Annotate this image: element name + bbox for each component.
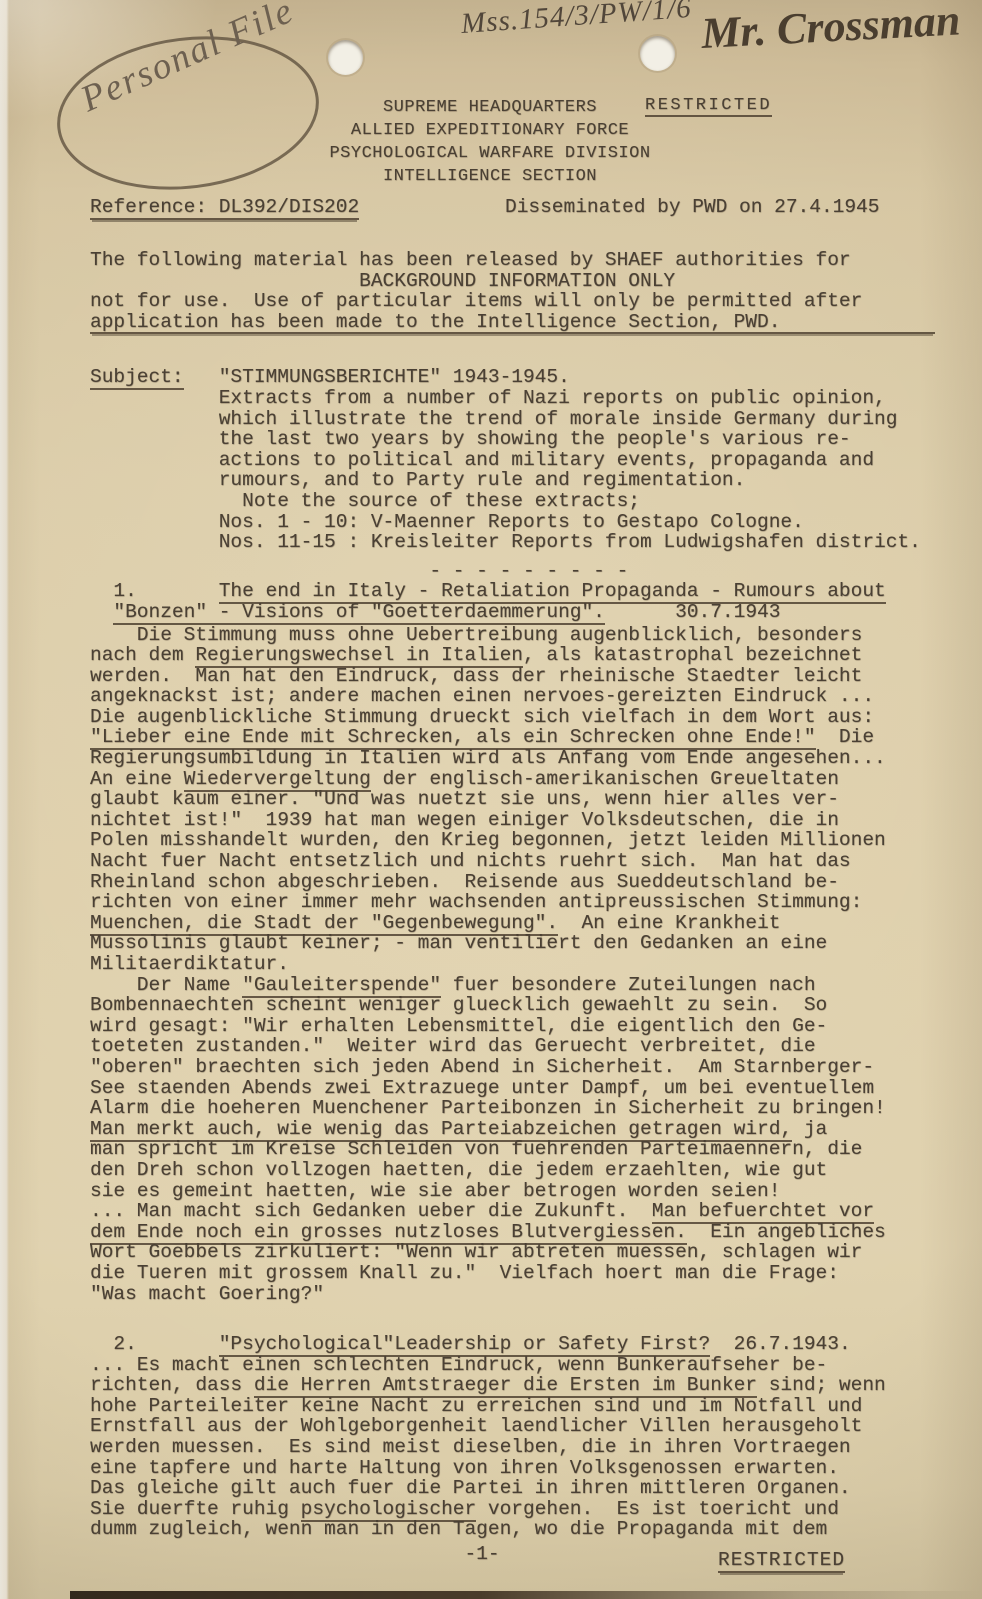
document-line: Nacht fuer Nacht entsetzlich und nichts … — [90, 851, 935, 872]
org-header-line: PSYCHOLOGICAL WARFARE DIVISION — [300, 142, 680, 165]
document-line: See staenden Abends zwei Extrazuege unte… — [90, 1078, 935, 1099]
document-line: Extracts from a number of Nazi reports o… — [90, 388, 935, 409]
document-line: Militaerdiktatur. — [90, 954, 935, 975]
page-bottom-shadow — [70, 1591, 982, 1599]
document-line: richten, dass die Herren Amtstraeger die… — [90, 1375, 935, 1396]
document-line: "Lieber eine Ende mit Schrecken, als ein… — [90, 727, 935, 748]
document-line: Polen misshandelt wurden, den Krieg bego… — [90, 830, 935, 851]
document-line: application has been made to the Intelli… — [90, 312, 935, 335]
document-line: Rheinland schon abgeschrieben. Reisende … — [90, 872, 935, 893]
document-line: Das gleiche gilt auch fuer die Partei in… — [90, 1478, 935, 1499]
dissemination-note: Disseminated by PWD on 27.4.1945 — [505, 196, 879, 218]
document-line: Nos. 11-15 : Kreisleiter Reports from Lu… — [90, 532, 935, 553]
document-line: 1. The end in Italy - Retaliation Propag… — [90, 581, 935, 602]
classification-bottom-label: RESTRICTED — [718, 1549, 845, 1573]
document-line: nach dem Regierungswechsel in Italien, a… — [90, 645, 935, 666]
document-line: eine tapfere und harte Haltung von ihren… — [90, 1458, 935, 1479]
org-header: SUPREME HEADQUARTERS ALLIED EXPEDITIONAR… — [300, 96, 680, 188]
document-line: Regierungsumbildung in Italien wird als … — [90, 748, 935, 769]
handwritten-file-reference: Mss.154/3/PW/1/6 — [460, 0, 693, 41]
document-line: nichtet ist!" 1939 hat man wegen einiger… — [90, 810, 935, 831]
document-line: werden muessen. Es sind meist dieselben,… — [90, 1437, 935, 1458]
document-line: wird gesagt: "Wir erhalten Lebensmittel,… — [90, 1016, 935, 1037]
scanner-edge — [0, 0, 9, 1599]
document-line: dem Ende noch ein grosses nutzloses Blut… — [90, 1222, 935, 1243]
document-line: den Dreh schon vollzogen haetten, die je… — [90, 1160, 935, 1181]
org-header-line: INTELLIGENCE SECTION — [300, 165, 680, 188]
document-line: Wort Goebbels zirkuliert: "Wenn wir abtr… — [90, 1242, 935, 1263]
document-line: man spricht im Kreise Schleiden von fueh… — [90, 1139, 935, 1160]
document-line: BACKGROUND INFORMATION ONLY — [90, 271, 935, 292]
document-line: - - - - - - - - - — [90, 561, 935, 582]
document-line: Mussolinis glaubt keiner; - man ventilie… — [90, 933, 935, 954]
document-line: toeteten zustanden." Weiter wird das Ger… — [90, 1036, 935, 1057]
document-line: ... Man macht sich Gedanken ueber die Zu… — [90, 1201, 935, 1222]
reference-number: Reference: DL392/DIS202 — [90, 196, 359, 218]
document-line: The following material has been released… — [90, 250, 935, 271]
handwritten-recipient: Mr. Crossman — [700, 0, 962, 59]
document-line: 2. "Psychological"Leadership or Safety F… — [90, 1334, 935, 1355]
document-line: hohe Parteileiter keine Nacht zu erreich… — [90, 1396, 935, 1417]
document-line: Der Name "Gauleiterspende" fuer besonder… — [90, 975, 935, 996]
document-line: Ernstfall aus der Wohlgeborgenheit laend… — [90, 1416, 935, 1437]
document-line: An eine Wiedervergeltung der englisch-am… — [90, 769, 935, 790]
document-line: Die augenblickliche Stimmung drueckt sic… — [90, 707, 935, 728]
document-line: the last two years by showing the people… — [90, 429, 935, 450]
document-line: richten von einer immer mehr wachsenden … — [90, 892, 935, 913]
reference-number-label: Reference: DL392/DIS202 — [90, 196, 359, 220]
document-line: Alarm die hoeheren Muenchener Parteibonz… — [90, 1098, 935, 1119]
punch-hole-right — [640, 36, 675, 71]
classification-top: RESTRICTED — [645, 96, 772, 115]
document-line: "Bonzen" - Visions of "Goetterdaemmerung… — [90, 602, 935, 623]
org-header-line: SUPREME HEADQUARTERS — [300, 96, 680, 119]
classification-bottom: RESTRICTED — [718, 1549, 845, 1571]
document-line: Sie duerfte ruhig psychologischer vorgeh… — [90, 1499, 935, 1520]
document-line: Note the source of these extracts; — [90, 491, 935, 512]
scanned-document-page: Mss.154/3/PW/1/6 Mr. Crossman Personal F… — [0, 0, 982, 1599]
document-line: Bombennaechten scheint weniger gluecklic… — [90, 995, 935, 1016]
document-line: rumours, and to Party rule and regimenta… — [90, 470, 935, 491]
document-line: "Was macht Goering?" — [90, 1284, 935, 1305]
document-line: Die Stimmung muss ohne Uebertreibung aug… — [90, 625, 935, 646]
document-line: die Tueren mit grossem Knall zu." Vielfa… — [90, 1263, 935, 1284]
document-line: Man merkt auch, wie wenig das Parteiabze… — [90, 1119, 935, 1140]
document-line: ... Es macht einen schlechten Eindruck, … — [90, 1355, 935, 1376]
org-header-line: ALLIED EXPEDITIONARY FORCE — [300, 119, 680, 142]
document-line: Muenchen, die Stadt der "Gegenbewegung".… — [90, 913, 935, 934]
document-line: which illustrate the trend of morale ins… — [90, 409, 935, 430]
document-body: The following material has been released… — [90, 250, 935, 1565]
document-line: dumm zugleich, wenn man in den Tagen, wo… — [90, 1519, 935, 1540]
document-line: actions to political and military events… — [90, 450, 935, 471]
document-line: "oberen" braechten sich jeden Abend in S… — [90, 1057, 935, 1078]
document-line: angeknackst ist; andere machen einen ner… — [90, 686, 935, 707]
document-line: Subject: "STIMMUNGSBERICHTE" 1943-1945. — [90, 367, 935, 388]
document-line: glaubt kaum einer. "Und was nuetzt sie u… — [90, 789, 935, 810]
punch-hole-left — [328, 40, 363, 75]
document-line: sie es gemeint haetten, wie sie aber bet… — [90, 1181, 935, 1202]
document-line: not for use. Use of particular items wil… — [90, 291, 935, 312]
classification-top-label: RESTRICTED — [645, 96, 772, 117]
document-line: werden. Man hat den Eindruck, dass der r… — [90, 666, 935, 687]
document-line: Nos. 1 - 10: V-Maenner Reports to Gestap… — [90, 512, 935, 533]
